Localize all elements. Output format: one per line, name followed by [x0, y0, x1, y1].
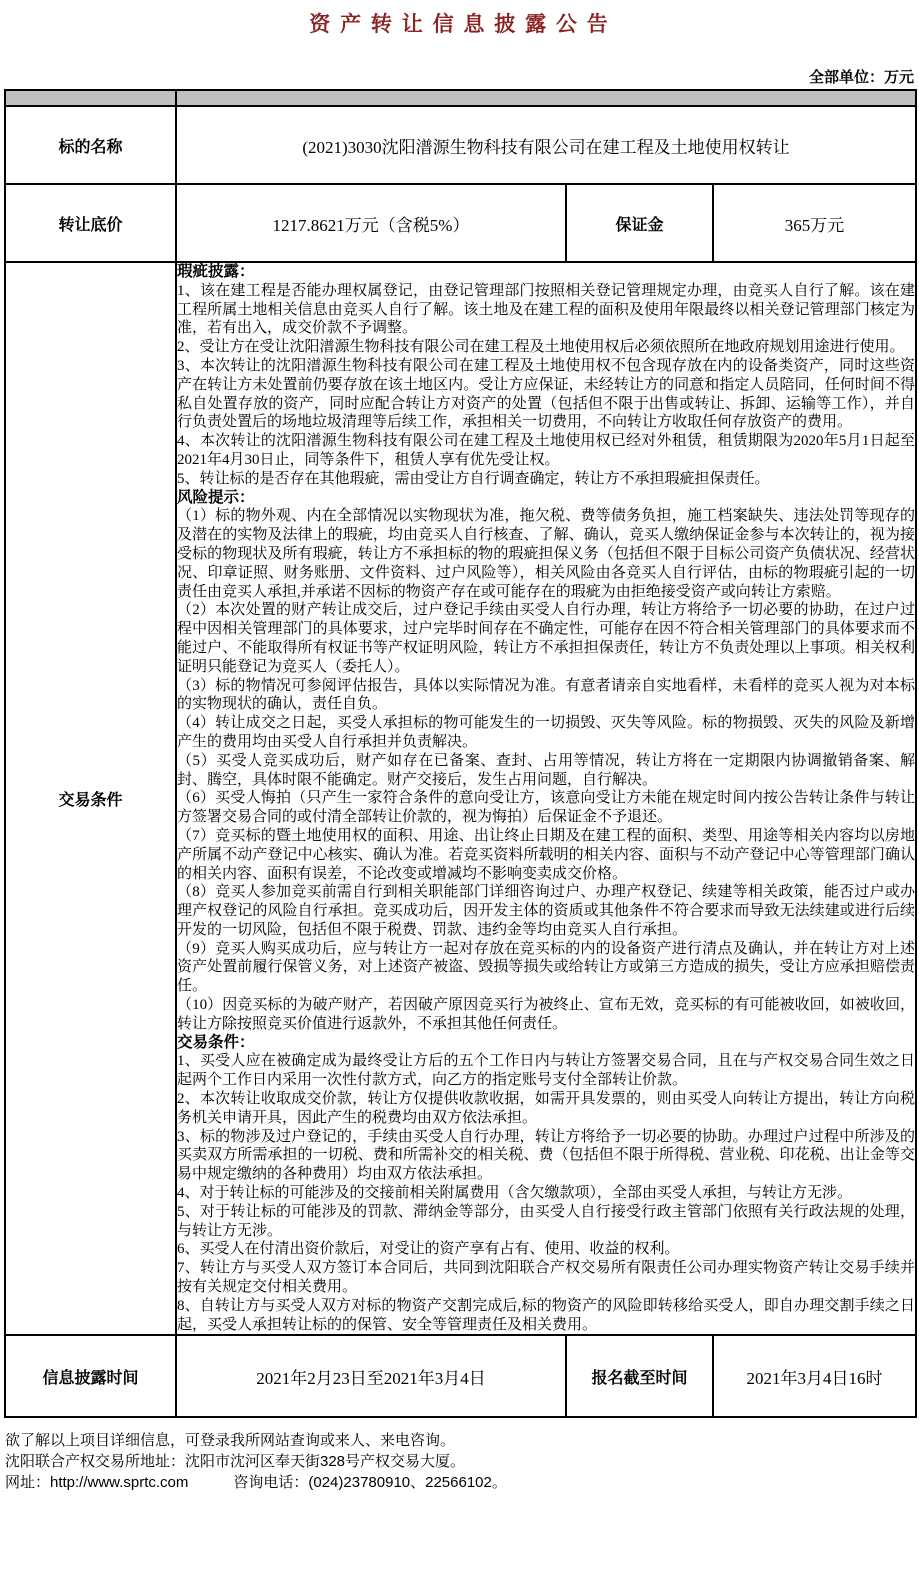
disclosure-value: 2021年2月23日至2021年3月4日 [176, 1335, 566, 1417]
conditions-paragraph: 1、该在建工程是否能办理权属登记，由登记管理部门按照相关登记管理规定办理，由竞买… [177, 282, 915, 338]
deadline-label: 报名截至时间 [566, 1335, 713, 1417]
conditions-paragraph: 7、转让方与买受人双方签订本合同后，共同到沈阳联合产权交易所有限责任公司办理实物… [177, 1259, 915, 1297]
conditions-paragraph: 5、对于转让标的可能涉及的罚款、滞纳金等部分，由买受人自行接受行政主管部门依照有… [177, 1203, 915, 1241]
time-row: 信息披露时间 2021年2月23日至2021年3月4日 报名截至时间 2021年… [5, 1335, 916, 1417]
conditions-section-heading: 交易条件： [177, 1034, 915, 1053]
footer-contact-line: 网址：http://www.sprtc.com 咨询电话：(024)237809… [5, 1472, 919, 1493]
table-header-row [5, 90, 916, 106]
conditions-paragraph: （10）因竞买标的为破产财产，若因破产原因竞买行为被终止、宣布无效，竞买标的有可… [177, 996, 915, 1034]
conditions-paragraph: 3、本次转让的沈阳潽源生物科技有限公司在建工程及土地使用权不包含现存放在内的设备… [177, 357, 915, 432]
conditions-paragraph: （9）竞买人购买成功后，应与转让方一起对存放在竞买标的内的设备资产进行清点及确认… [177, 940, 915, 996]
conditions-paragraph: （4）转让成交之日起，买受人承担标的物可能发生的一切损毁、灭失等风险。标的物损毁… [177, 714, 915, 752]
deposit-label: 保证金 [566, 184, 713, 262]
conditions-paragraph: 5、转让标的是否存在其他瑕疵，需由受让方自行调查确定，转让方不承担瑕疵担保责任。 [177, 470, 915, 489]
footer: 欲了解以上项目详细信息，可登录我所网站查询或来人、来电咨询。 沈阳联合产权交易所… [5, 1430, 919, 1493]
conditions-paragraph: 3、标的物涉及过户登记的，手续由买受人自行办理，转让方将给予一切必要的协助。办理… [177, 1128, 915, 1184]
conditions-paragraph: （3）标的物情况可参阅评估报告，具体以实际情况为准。有意者请亲自实地看样，未看样… [177, 677, 915, 715]
announcement-table: 标的名称 (2021)3030沈阳潽源生物科技有限公司在建工程及土地使用权转让 … [4, 89, 917, 1418]
conditions-paragraph: （1）标的物外观、内在全部情况以实物现状为准，拖欠税、费等债务负担，施工档案缺失… [177, 507, 915, 601]
deposit-value: 365万元 [713, 184, 916, 262]
subject-row: 标的名称 (2021)3030沈阳潽源生物科技有限公司在建工程及土地使用权转让 [5, 106, 916, 184]
conditions-paragraph: （7）竞买标的暨土地使用权的面积、用途、出让终止日期及在建工程的面积、类型、用途… [177, 827, 915, 883]
conditions-paragraph: 2、本次转让收取成交价款，转让方仅提供收款收据，如需开具发票的，则由买受人向转让… [177, 1090, 915, 1128]
header-cell-right [176, 90, 916, 106]
subject-label: 标的名称 [5, 106, 176, 184]
conditions-paragraph: 4、本次转让的沈阳潽源生物科技有限公司在建工程及土地使用权已经对外租赁，租赁期限… [177, 432, 915, 470]
footer-info-line: 欲了解以上项目详细信息，可登录我所网站查询或来人、来电咨询。 [5, 1430, 919, 1451]
conditions-row: 交易条件 瑕疵披露：1、该在建工程是否能办理权属登记，由登记管理部门按照相关登记… [5, 262, 916, 1335]
conditions-paragraph: （8）竞买人参加竞买前需自行到相关职能部门详细咨询过户、办理产权登记、续建等相关… [177, 883, 915, 939]
conditions-paragraph: 4、对于转让标的可能涉及的交接前相关附属费用（含欠缴款项），全部由买受人承担，与… [177, 1184, 915, 1203]
conditions-paragraph: （5）买受人竞买成功后，财产如存在已备案、查封、占用等情况，转让方将在一定期限内… [177, 752, 915, 790]
page-title: 资 产 转 让 信 息 披 露 公 告 [0, 8, 919, 38]
header-cell-left [5, 90, 176, 106]
conditions-paragraph: （2）本次处置的财产转让成交后，过户登记手续由买受人自行办理，转让方将给予一切必… [177, 601, 915, 676]
conditions-label: 交易条件 [5, 262, 176, 1335]
conditions-paragraph: 2、受让方在受让沈阳潽源生物科技有限公司在建工程及土地使用权后必须依照所在地政府… [177, 338, 915, 357]
price-label: 转让底价 [5, 184, 176, 262]
conditions-paragraph: （6）买受人悔拍（只产生一家符合条件的意向受让方，该意向受让方未能在规定时间内按… [177, 789, 915, 827]
conditions-paragraph: 6、买受人在付清出资价款后，对受让的资产享有占有、使用、收益的权利。 [177, 1240, 915, 1259]
disclosure-label: 信息披露时间 [5, 1335, 176, 1417]
conditions-paragraph: 1、买受人应在被确定成为最终受让方后的五个工作日内与转让方签署交易合同，且在与产… [177, 1052, 915, 1090]
deadline-value: 2021年3月4日16时 [713, 1335, 916, 1417]
price-row: 转让底价 1217.8621万元（含税5%） 保证金 365万元 [5, 184, 916, 262]
conditions-section-heading: 风险提示： [177, 489, 915, 508]
conditions-paragraph: 8、自转让方与买受人双方对标的物资产交割完成后,标的物资产的风险即转移给买受人，… [177, 1297, 915, 1335]
conditions-section-heading: 瑕疵披露： [177, 263, 915, 282]
unit-note: 全部单位：万元 [0, 66, 914, 87]
price-value: 1217.8621万元（含税5%） [176, 184, 566, 262]
footer-address-line: 沈阳联合产权交易所地址：沈阳市沈河区奉天街328号产权交易大厦。 [5, 1451, 919, 1472]
conditions-body: 瑕疵披露：1、该在建工程是否能办理权属登记，由登记管理部门按照相关登记管理规定办… [176, 262, 916, 1335]
subject-value: (2021)3030沈阳潽源生物科技有限公司在建工程及土地使用权转让 [176, 106, 916, 184]
